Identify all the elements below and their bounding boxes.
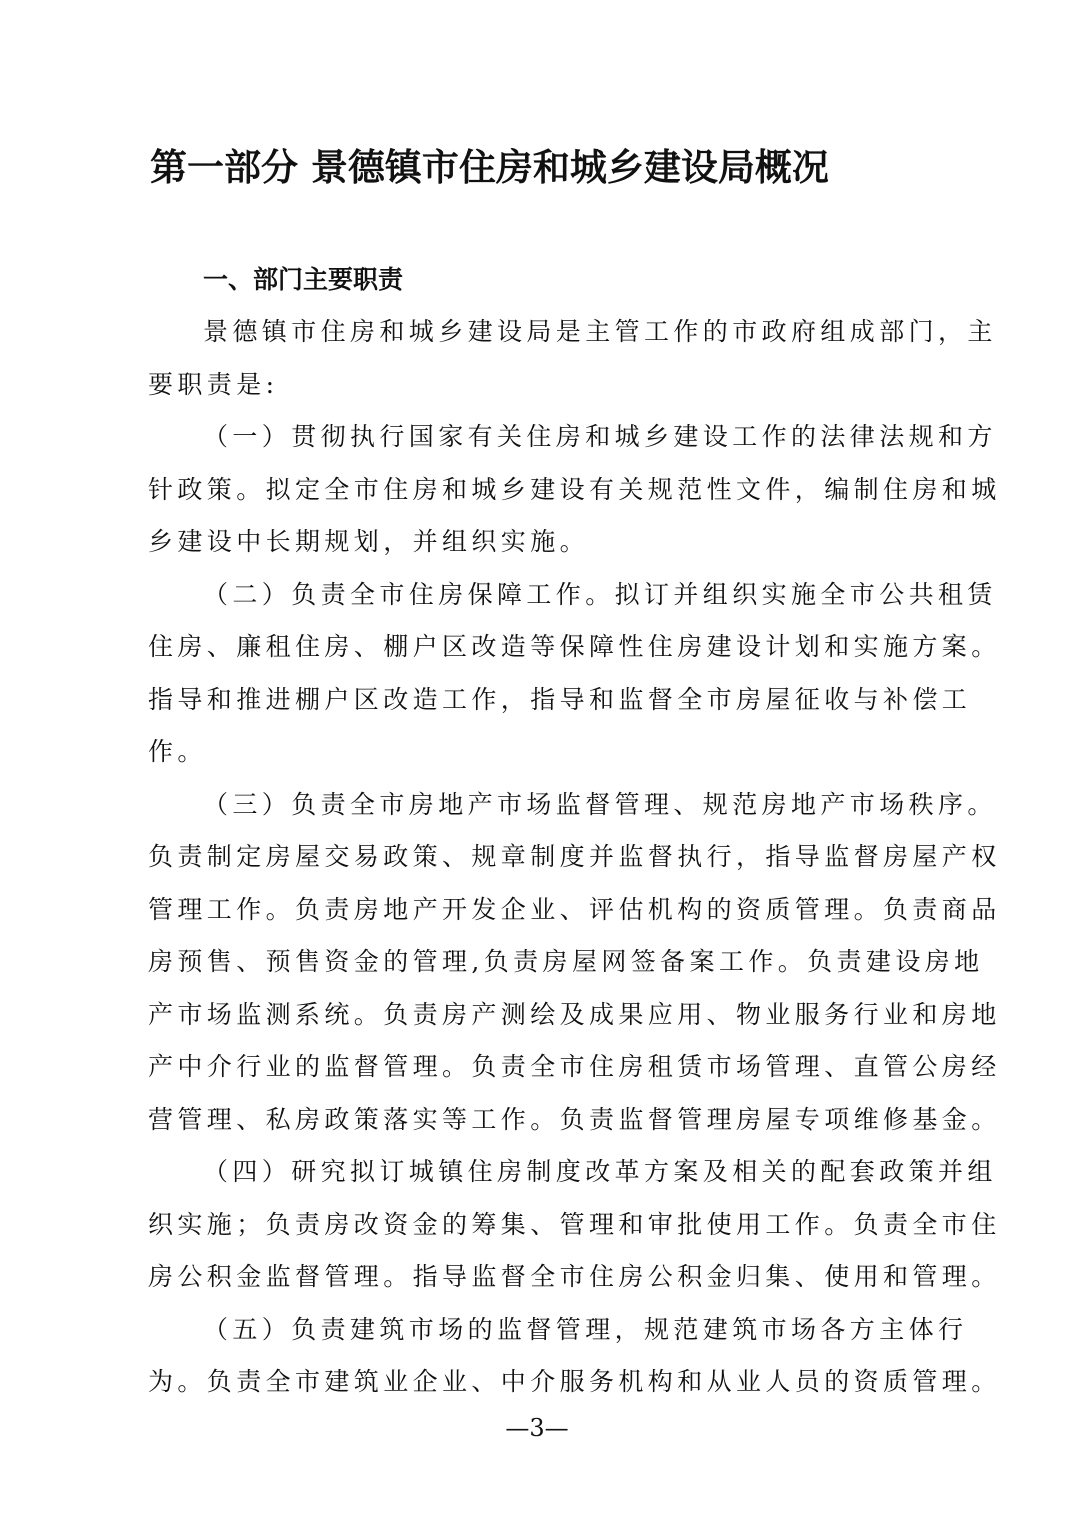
- text-line: 住房、廉租住房、棚户区改造等保障性住房建设计划和实施方案。: [148, 621, 938, 674]
- text-line: 房公积金监督管理。指导监督全市住房公积金归集、使用和管理。: [148, 1251, 938, 1304]
- text-line: 景德镇市住房和城乡建设局是主管工作的市政府组成部门，主: [148, 306, 938, 359]
- text-line: 房预售、预售资金的管理,负责房屋网签备案工作。负责建设房地: [148, 936, 938, 989]
- section-heading: 一、部门主要职责: [203, 256, 403, 304]
- text-line: （二）负责全市住房保障工作。拟订并组织实施全市公共租赁: [148, 569, 938, 622]
- text-line: （四）研究拟订城镇住房制度改革方案及相关的配套政策并组: [148, 1146, 938, 1199]
- text-line: 针政策。拟定全市住房和城乡建设有关规范性文件，编制住房和城: [148, 464, 938, 517]
- text-line: 要职责是:: [148, 359, 938, 412]
- page-number: —3—: [0, 1408, 1074, 1448]
- document-page: 第一部分 景德镇市住房和城乡建设局概况 一、部门主要职责 景德镇市住房和城乡建设…: [0, 0, 1074, 1520]
- text-line: 产中介行业的监督管理。负责全市住房租赁市场管理、直管公房经: [148, 1041, 938, 1094]
- text-line: （五）负责建筑市场的监督管理，规范建筑市场各方主体行: [148, 1304, 938, 1357]
- text-line: 乡建设中长期规划，并组织实施。: [148, 516, 938, 569]
- text-line: 负责制定房屋交易政策、规章制度并监督执行，指导监督房屋产权: [148, 831, 938, 884]
- text-line: 织实施；负责房改资金的筹集、管理和审批使用工作。负责全市住: [148, 1199, 938, 1252]
- page-title: 第一部分 景德镇市住房和城乡建设局概况: [150, 138, 930, 198]
- text-line: （三）负责全市房地产市场监督管理、规范房地产市场秩序。: [148, 779, 938, 832]
- text-line: 产市场监测系统。负责房产测绘及成果应用、物业服务行业和房地: [148, 989, 938, 1042]
- text-line: 营管理、私房政策落实等工作。负责监督管理房屋专项维修基金。: [148, 1094, 938, 1147]
- body-text: 景德镇市住房和城乡建设局是主管工作的市政府组成部门，主 要职责是: （一）贯彻执…: [148, 306, 938, 1409]
- text-line: 作。: [148, 726, 938, 779]
- text-line: 为。负责全市建筑业企业、中介服务机构和从业人员的资质管理。: [148, 1356, 938, 1409]
- text-line: 指导和推进棚户区改造工作，指导和监督全市房屋征收与补偿工: [148, 674, 938, 727]
- text-line: 管理工作。负责房地产开发企业、评估机构的资质管理。负责商品: [148, 884, 938, 937]
- text-line: （一）贯彻执行国家有关住房和城乡建设工作的法律法规和方: [148, 411, 938, 464]
